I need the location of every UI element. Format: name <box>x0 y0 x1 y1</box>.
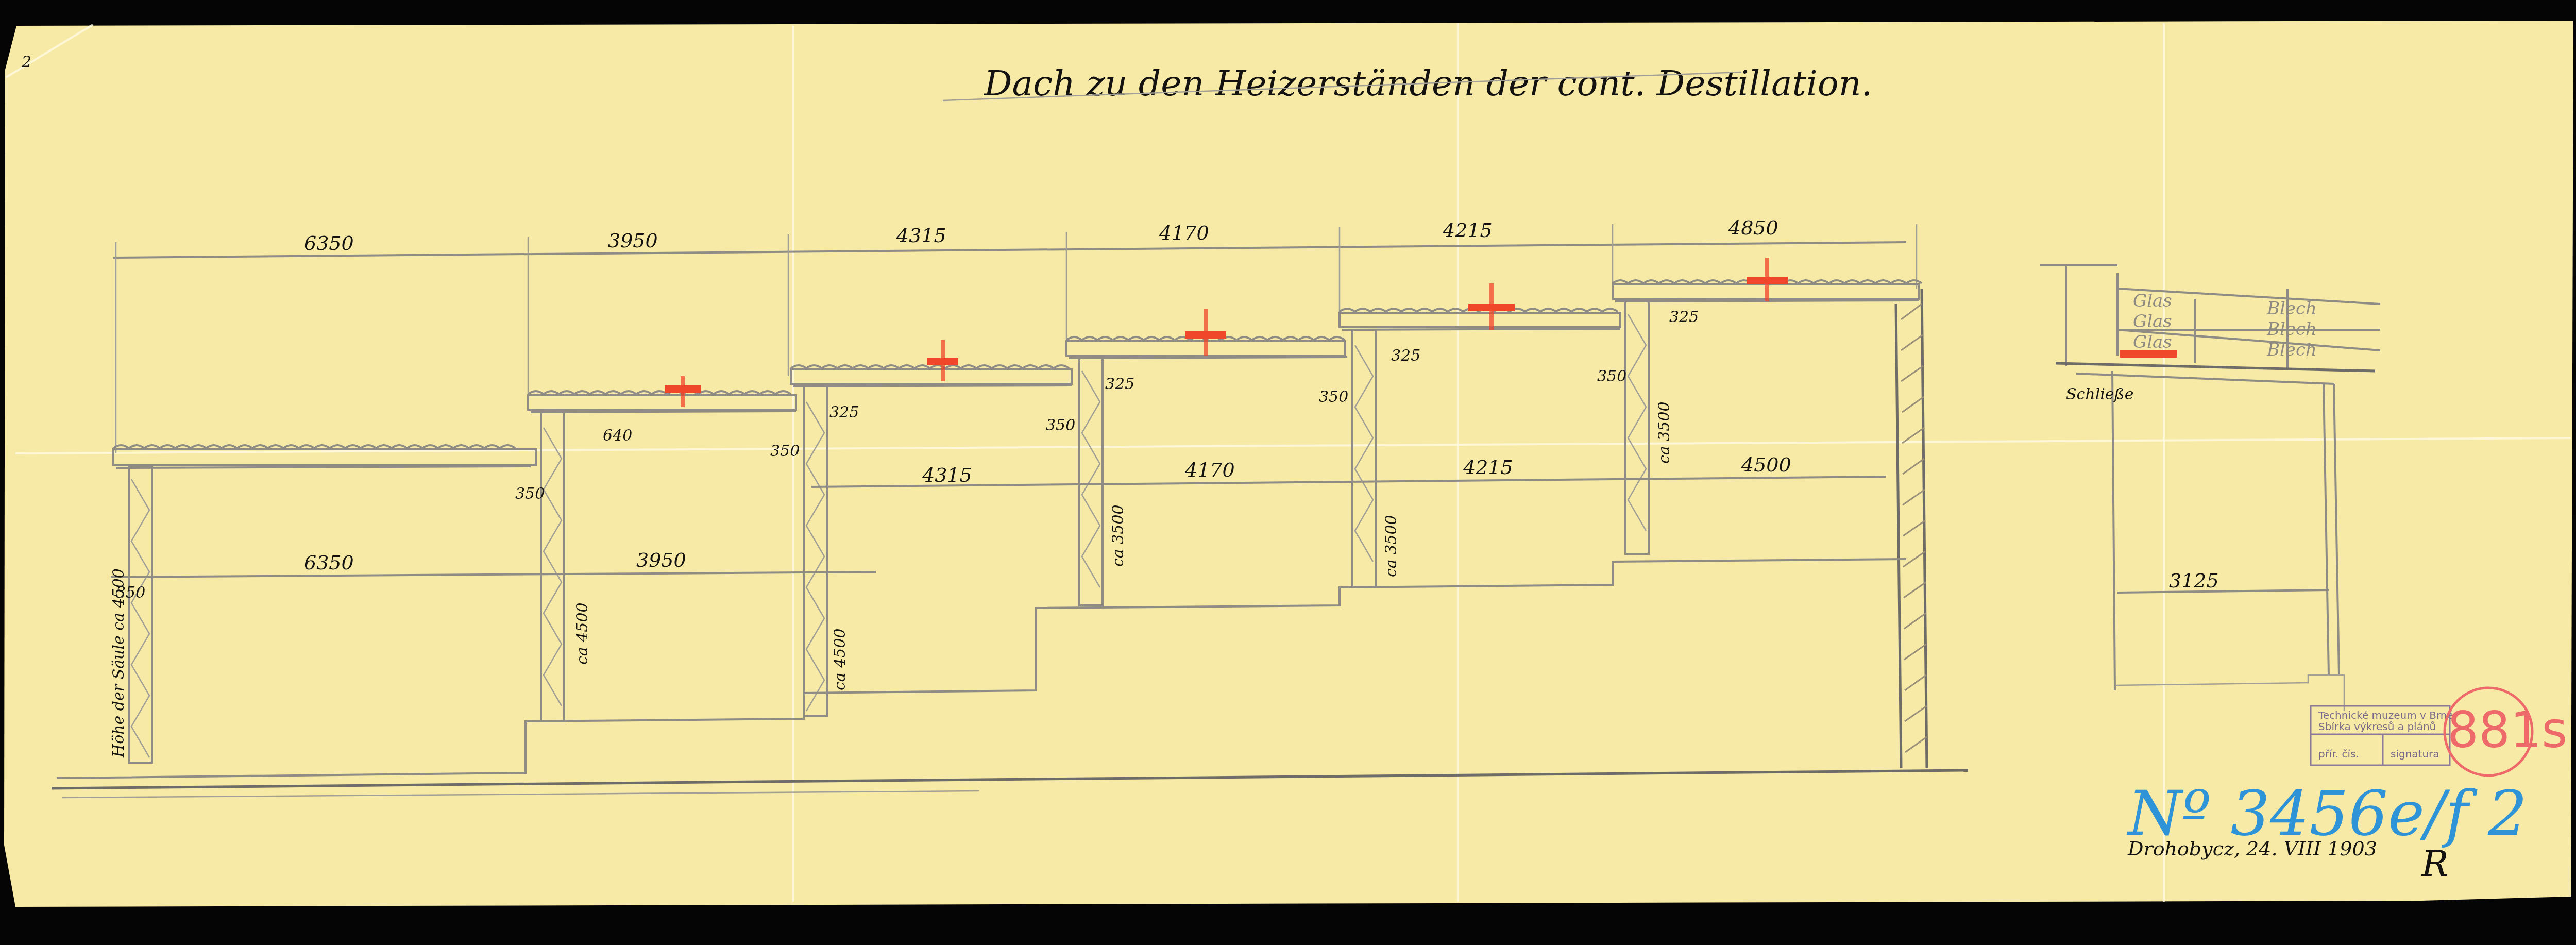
drawing-column_heights-fifth: ca 3500 <box>1382 515 1400 577</box>
top-dim-1: 6350 <box>304 232 354 255</box>
drawing-eave_offsets-2: 325 <box>1105 375 1134 393</box>
drawing-column_heights-fourth: ca 3500 <box>1109 504 1127 567</box>
drawing-column_widths-2: 350 <box>770 442 800 460</box>
drawing-section_detail-layers_left-2: Glas <box>2133 332 2172 352</box>
low-dim-2: 3950 <box>636 549 686 571</box>
drawing-section_detail-layers_left-0: Glas <box>2133 291 2172 311</box>
drawing-archive_stamp-cell_left: přír. čís. <box>2318 748 2359 760</box>
drawing-column_widths-5: 350 <box>1597 367 1626 385</box>
top-dim-5: 4215 <box>1442 219 1493 242</box>
drawing-eave_offsets-1: 325 <box>829 403 859 421</box>
drawing-column_heights-second: ca 4500 <box>573 602 591 665</box>
top-dim-3: 4315 <box>896 224 946 247</box>
mid-dim-4: 4500 <box>1741 453 1791 476</box>
drawing-eave_offsets-4: 325 <box>1669 308 1699 326</box>
drawing-section_detail-layers_right-2: Blech <box>2266 340 2317 360</box>
drawing-eave_offsets-0: 640 <box>603 427 632 445</box>
top-dim-2: 3950 <box>608 229 658 252</box>
drawing-section_detail-layers_right-1: Blech <box>2266 319 2317 340</box>
drawing-archive_stamp-line2: Sbírka výkresů a plánů <box>2318 720 2436 733</box>
top-dim-6: 4850 <box>1728 216 1778 239</box>
drawing-eave_offsets-3: 325 <box>1391 347 1420 365</box>
signature-initial: R <box>2420 842 2449 885</box>
drawing-column_heights-first: Höhe der Säule ca 4500 <box>110 568 128 758</box>
section-width-dim: 3125 <box>2169 569 2219 592</box>
low-dim-1: 6350 <box>304 551 354 574</box>
drawing-archive_stamp-line1: Technické muzeum v Brně <box>2318 709 2453 721</box>
drawing-column_widths-4: 350 <box>1319 388 1348 406</box>
drawing-column_heights-third: ca 4500 <box>831 628 849 690</box>
technical-drawing-sheet: Dach zu den Heizerständen der cont. Dest… <box>0 0 2576 945</box>
drawing-column_heights-sixth: ca 3500 <box>1655 401 1673 464</box>
mid-dim-3: 4215 <box>1463 456 1513 479</box>
top-dim-4: 4170 <box>1159 222 1209 244</box>
stamp-circle-number: 881s <box>2447 701 2567 759</box>
corner-mark: 2 <box>21 53 31 71</box>
drawing-column_widths-1: 350 <box>515 485 545 503</box>
mid-dim-1: 4315 <box>922 464 972 486</box>
place-date: Drohobycz, 24. VIII 1903 <box>2127 837 2377 860</box>
mid-dim-2: 4170 <box>1184 459 1235 481</box>
drawing-section_detail-layers_right-0: Blech <box>2266 298 2317 319</box>
drawing-section_detail-layers_left-1: Glas <box>2133 311 2172 332</box>
schliesse-label: Schließe <box>2066 385 2133 403</box>
drawing-column_widths-3: 350 <box>1046 416 1075 434</box>
drawing-archive_stamp-cell_right: signatura <box>2391 748 2439 760</box>
